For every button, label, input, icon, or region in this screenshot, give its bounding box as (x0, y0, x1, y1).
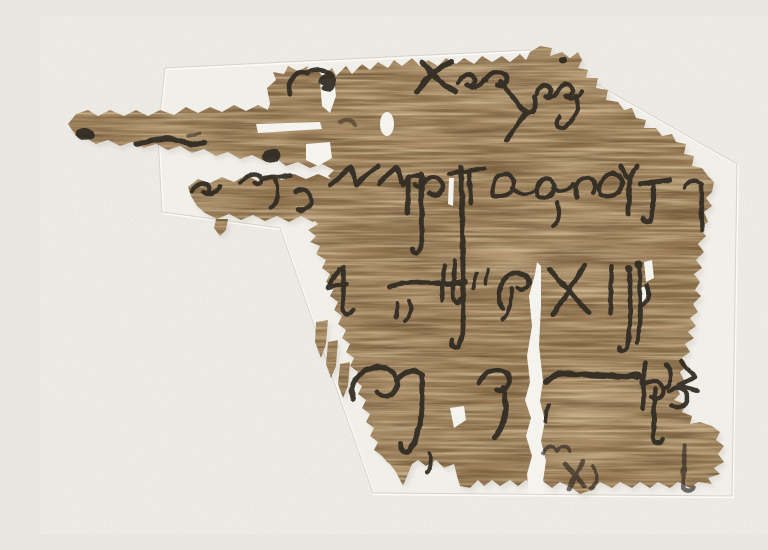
slit-line2 (448, 178, 454, 206)
hole-top-middle (380, 112, 394, 136)
ink-dot-line3-b (635, 261, 643, 269)
ink-dot-line3-a (625, 265, 633, 273)
papyrus-photograph (40, 16, 768, 534)
ink-dot-top-tab (560, 57, 567, 64)
papyrus-photo-canvas (40, 16, 768, 534)
